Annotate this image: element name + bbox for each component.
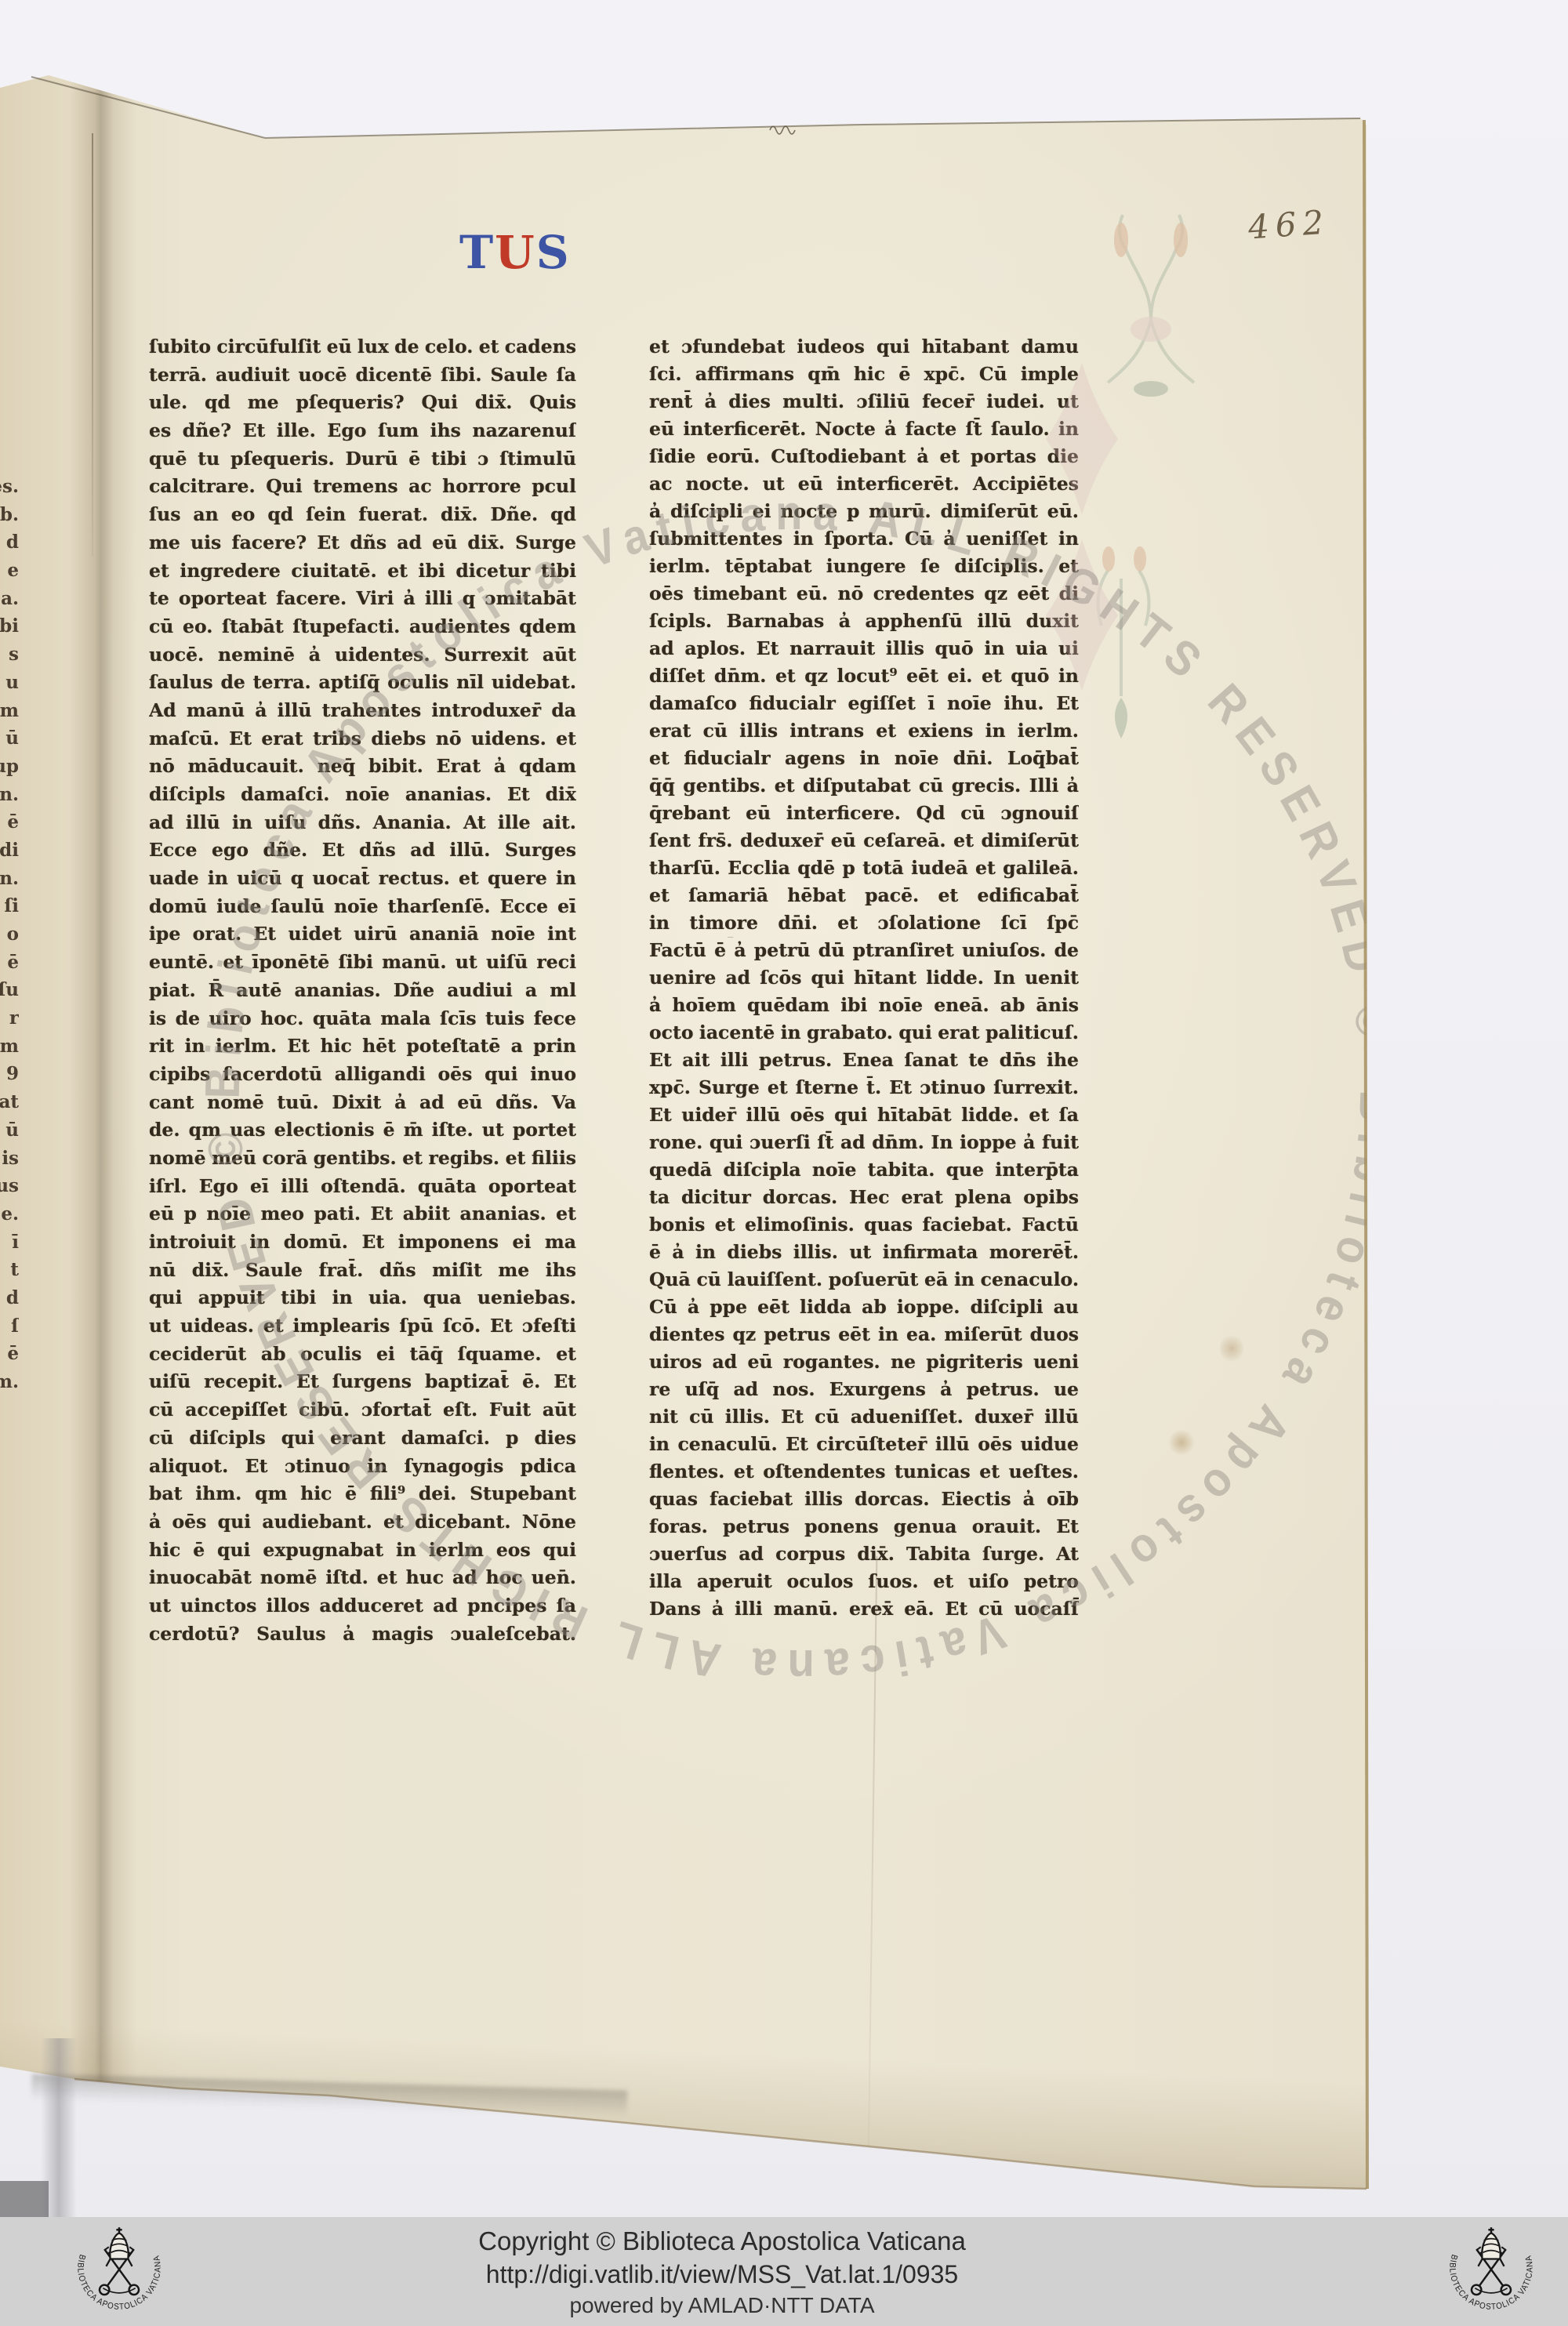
text-column-right: et ɔfundebat iudeos qui hītabant damuſci…	[649, 334, 1079, 1624]
facing-page-fragment: m	[0, 1033, 19, 1061]
footer-copyright: Copyright © Biblioteca Apostolica Vatica…	[0, 2225, 1444, 2258]
manuscript-text-line: diſcipls damaſci. noīe ananias. Et dix̄	[149, 782, 576, 810]
facing-page-fragment: n.	[0, 865, 19, 894]
manuscript-text-line: erat cū illis intrans et exiens in ierlm…	[649, 718, 1079, 746]
book-gutter-shadow	[69, 0, 136, 2326]
scan-photo-background: es.ib.dea.bisumūupn.ēdin.ſioēſurm9atūisu…	[0, 0, 1568, 2326]
manuscript-text-line: quedā diſcipla noīe tabita. que interp̄t…	[649, 1157, 1079, 1185]
manuscript-text-line: inuocabāt nomē iſtd. et huc ad hoc uen̄.	[149, 1565, 576, 1593]
manuscript-text-line: damaſco fiducialr egiſſet ī noīe ihu. Et	[649, 691, 1079, 718]
facing-page-fragment: di	[0, 837, 19, 865]
floral-ornament-showthrough	[1033, 202, 1229, 767]
manuscript-text-line: rent̄ a̓ dies multi. ɔſiliū fecer̄ iudei…	[649, 389, 1079, 416]
manuscript-text-line: q̄q̄ gentibs. et diſputabat cū grecis. I…	[649, 773, 1079, 800]
manuscript-text-line: ſcipls. Barnabas a̓ apphenſū illū duxit	[649, 608, 1079, 636]
facing-page-fragment: a.	[0, 586, 19, 614]
manuscript-text-line: qui appuit tibi in uia. qua ueniebas.	[149, 1285, 576, 1313]
digitized-manuscript-viewer: es.ib.dea.bisumūupn.ēdin.ſioēſurm9atūisu…	[0, 0, 1568, 2326]
manuscript-text-line: a̓ hoīem quēdam ibi noīe eneā. ab ānis	[649, 992, 1079, 1020]
manuscript-text-line: octo iacentē in grabato. qui erat paliti…	[649, 1020, 1079, 1047]
running-title: TUS	[459, 226, 571, 279]
manuscript-text-line: ſidie eorū. Cuſtodiebant a̓ et portas di…	[649, 444, 1079, 471]
facing-page-fragment: ē	[0, 1341, 19, 1369]
manuscript-text-line: me uis facere? Et dñs ad eū dix̄. Surge	[149, 530, 576, 558]
vatican-library-logo	[71, 2223, 168, 2321]
manuscript-text-line: aliquot. Et ɔtinuo in ſynagogis pdica	[149, 1453, 576, 1482]
facing-page-fragment: us	[0, 1173, 19, 1201]
facing-page-fragment: ē	[0, 949, 19, 978]
manuscript-text-line: is de uiro hoc. quāta mala ſcīs tuis fec…	[149, 1006, 576, 1034]
manuscript-text-line: rit in ierlm. Et hic hēt poteſtatē a pri…	[149, 1033, 576, 1061]
manuscript-text-line: de. qm uas electionis ē m̄ iſte. ut port…	[149, 1117, 576, 1145]
manuscript-text-line: Factū ē a̓ petrū dū ptranſiret uniuſos. …	[649, 938, 1079, 965]
manuscript-text-line: cerdotū? Saulus a̓ magis ɔualeſcebat.	[149, 1621, 576, 1649]
manuscript-text-line: illa aperuit oculos ſuos. et uiſo petro …	[649, 1569, 1079, 1596]
manuscript-text-line: cū accepiſſet cibū. ɔfortat̄ eſt. Fuit a…	[149, 1397, 576, 1425]
manuscript-text-line: uiros ad eū rogantes. ne pigriteris ueni	[649, 1349, 1079, 1377]
manuscript-text-line: rone. qui ɔuerſi ſt̄ ad dn̄m. In ioppe a…	[649, 1130, 1079, 1157]
manuscript-text-line: Cū a̓ ppe eēt lidda ab ioppe. diſcipli a…	[649, 1294, 1079, 1322]
manuscript-text-line: ierlm. tēptabat iungere ſe diſciplis. et	[649, 553, 1079, 581]
manuscript-text-line: Ad manū a̓ illū trahentes introduxer̄ da	[149, 698, 576, 726]
manuscript-text-line: nomē meū corā gentibs. et regibs. et fil…	[149, 1145, 576, 1174]
facing-page-fragment: e	[0, 557, 19, 586]
manuscript-text-line: ſus an eo qd ſein fuerat. dix̄. Dñe. qd	[149, 502, 576, 530]
facing-page-line-fragments: es.ib.dea.bisumūupn.ēdin.ſioēſurm9atūisu…	[0, 474, 19, 1397]
manuscript-text-line: bat ihm. qm hic ē fili⁹ dei. Stupebant	[149, 1481, 576, 1509]
running-title-letter-blue: T	[459, 226, 495, 279]
manuscript-text-line: et fiducialr agens in noīe dn̄i. Loq̄bat…	[649, 746, 1079, 773]
manuscript-text-line: foras. petrus ponens genua orauit. Et	[649, 1514, 1079, 1541]
manuscript-text-line: Dans a̓ illi manū. erex̄ eā. Et cū uocaſ…	[649, 1596, 1079, 1624]
manuscript-text-line: ceciderūt ab oculis ei tāq̄ ſquame. et	[149, 1341, 576, 1370]
facing-page-fragment: ib.	[0, 502, 19, 530]
manuscript-page: es.ib.dea.bisumūupn.ēdin.ſioēſurm9atūisu…	[0, 0, 1568, 2326]
top-edge-ink-mark	[768, 119, 803, 135]
manuscript-text-line: diſſet dn̄m. et qz locut⁹ eēt ei. et quō…	[649, 663, 1079, 691]
manuscript-text-line: ad illū in uiſu dñs. Anania. At ille ait…	[149, 810, 576, 838]
manuscript-text-line: xpc̄. Surge et ſterne t̄. Et ɔtinuo ſurr…	[649, 1075, 1079, 1102]
manuscript-text-line: eū interficerēt. Nocte a̓ facte ſt̄ ſaul…	[649, 416, 1079, 444]
facing-page-fragment: bi	[0, 613, 19, 641]
gutter-crease	[92, 133, 93, 557]
manuscript-text-line: nū dix̄. Saule frat̄. dñs miſit me ihs	[149, 1257, 576, 1286]
manuscript-text-line: te oporteat facere. Viri a̓ illi q ɔmita…	[149, 586, 576, 614]
facing-page-fragment: ē	[0, 809, 19, 837]
facing-page-fragment: r	[0, 1005, 19, 1033]
facing-page-fragment: ū	[0, 725, 19, 753]
manuscript-text-line: Et ait illi petrus. Enea ſanat te dn̄s i…	[649, 1047, 1079, 1075]
manuscript-text-line: oēs timebant eū. nō credentes qz eēt di	[649, 581, 1079, 608]
manuscript-text-line: a̓ oēs qui audiebant. et dicebant. Nōne	[149, 1509, 576, 1537]
manuscript-text-line: in cenaculū. Et circūſteter̄ illū oēs ui…	[649, 1432, 1079, 1459]
facing-page-fragment: ſ	[0, 1313, 19, 1341]
text-column-left: ſubito circūfulſit eū lux de celo. et ca…	[149, 334, 576, 1649]
manuscript-text-line: Quā cū lauiſſent. poſuerūt eā in cenacul…	[649, 1267, 1079, 1294]
manuscript-text-line: ta dicitur dorcas. Hec erat plena opibs	[649, 1185, 1079, 1212]
manuscript-text-line: et ingredere ciuitatē. et ibi dicetur ti…	[149, 558, 576, 586]
facing-page-fragment: m.	[0, 1369, 19, 1397]
footer-text-block: Copyright © Biblioteca Apostolica Vatica…	[0, 2225, 1444, 2321]
facing-page-fragment: m	[0, 698, 19, 726]
facing-page-fragment: d	[0, 1285, 19, 1313]
manuscript-text-line: piat. R̄ autē ananias. Dñe audiui a ml	[149, 978, 576, 1006]
manuscript-text-line: q̄rebant eū interficere. Qd cū ɔgnouiſ	[649, 800, 1079, 828]
manuscript-text-line: introiuit in domū. Et imponens ei ma	[149, 1229, 576, 1257]
facing-page-fragment: s	[0, 641, 19, 669]
manuscript-text-line: ɔuerſus ad corpus dix̄. Tabita ſurge. At	[649, 1541, 1079, 1569]
parchment-stain	[1167, 1430, 1196, 1455]
manuscript-text-line: quas faciebat illis dorcas. Eiectis a̓ o…	[649, 1486, 1079, 1514]
manuscript-text-line: ule. qd me pſequeris? Qui dix̄. Quis	[149, 390, 576, 418]
manuscript-text-line: hic ē qui expugnabat in ierlm eos qui	[149, 1537, 576, 1566]
manuscript-text-line: cipibs ſacerdotū alligandi oēs qui inuo	[149, 1061, 576, 1090]
facing-page-fragment: at	[0, 1089, 19, 1117]
manuscript-text-line: iſrl. Ego eī illi oſtendā. quāta oportea…	[149, 1174, 576, 1202]
manuscript-text-line: euntē. et īponētē ſibi manū. ut uiſū rec…	[149, 949, 576, 978]
manuscript-text-line: quē tu pſequeris. Durū ē tibi ɔ ſtimulū	[149, 446, 576, 474]
manuscript-text-line: in timore dn̄i. et ɔſolatione ſcī ſpc̄ r…	[649, 910, 1079, 938]
manuscript-text-line: uocē. neminē a̓ uidentes. Surrexit aūt	[149, 642, 576, 670]
manuscript-text-line: ſubito circūfulſit eū lux de celo. et ca…	[149, 334, 576, 362]
manuscript-text-line: ipe orat. Et uidet uirū ananiā noīe int	[149, 921, 576, 949]
facing-page-fragment: u	[0, 669, 19, 698]
manuscript-text-line: terrā. audiuit uocē dicentē ſibi. Saule …	[149, 362, 576, 390]
facing-page-fragment: e.	[0, 1201, 19, 1229]
manuscript-text-line: bonis et elimoſinis. quas faciebat. Fact…	[649, 1212, 1079, 1239]
facing-page-fragment: ī	[0, 1229, 19, 1257]
manuscript-text-line: Ecce ego dñe. Et dñs ad illū. Surges	[149, 837, 576, 865]
manuscript-text-line: cū eo. ſtabāt ſtupefacti. audientes qdem	[149, 614, 576, 642]
facing-page-fragment: n.	[0, 782, 19, 810]
running-title-letter-red: U	[495, 226, 536, 279]
manuscript-text-line: ut uideas. et implearis ſpū ſcō. Et ɔfeſ…	[149, 1313, 576, 1341]
parchment-stain	[1220, 1333, 1243, 1364]
facing-page-fragment: o	[0, 921, 19, 949]
manuscript-text-line: ſent frs̄. deduxer̄ eū ceſareā. et dimiſ…	[649, 828, 1079, 855]
folio-number: 462	[1247, 202, 1330, 246]
facing-page-fragment: ū	[0, 1117, 19, 1145]
manuscript-text-line: et ſamariā hēbat pacē. et edificabat̄ āb…	[649, 883, 1079, 910]
manuscript-text-line: cant nomē tuū. Dixit a̓ ad eū dñs. Va	[149, 1090, 576, 1118]
manuscript-text-line: Et uider̄ illū oēs qui hītabāt lidde. et…	[649, 1102, 1079, 1130]
manuscript-text-line: et ɔfundebat iudeos qui hītabant damu	[649, 334, 1079, 361]
manuscript-text-line: domū iude ſaulū noīe tharſenſē. Ecce eī	[149, 894, 576, 922]
manuscript-text-line: ſubmittentes in ſporta. Cū a̓ ueniſſet i…	[649, 526, 1079, 553]
facing-page-fragment: es.	[0, 474, 19, 502]
running-title-letter-blue: S	[536, 226, 571, 279]
footer-url: http://digi.vatlib.it/view/MSS_Vat.lat.1…	[0, 2258, 1444, 2291]
facing-page-fragment: ſi	[0, 893, 19, 921]
manuscript-text-line: nō māducauit. neq̄ bibit. Erat a̓ qdam	[149, 753, 576, 782]
page-bottom-edge-tint	[0, 2018, 1568, 2242]
manuscript-text-line: nit cū illis. Et cū adueniſſet. duxer̄ i…	[649, 1404, 1079, 1432]
facing-page-fragment: 9	[0, 1061, 19, 1089]
facing-page-fragment: ſu	[0, 977, 19, 1005]
facing-page-fragment: is	[0, 1145, 19, 1174]
manuscript-text-line: tharſū. Ecclia qdē p totā iudeā et galil…	[649, 855, 1079, 883]
manuscript-text-line: maſcū. Et erat tribs diebs nō uidens. et	[149, 726, 576, 754]
vatican-library-logo	[1443, 2223, 1540, 2321]
manuscript-text-line: es dñe? Et ille. Ego ſum ihs nazarenuſ	[149, 418, 576, 446]
manuscript-text-line: flentes. et oſtendentes tunicas et ueſte…	[649, 1459, 1079, 1486]
manuscript-text-line: a̓ diſcipli ei nocte p murū. dimiſerūt e…	[649, 499, 1079, 526]
manuscript-text-line: ad aplos. Et narrauit illis quō in uia u…	[649, 636, 1079, 663]
manuscript-text-line: ē a̓ in diebs illis. ut infirmata morerē…	[649, 1239, 1079, 1267]
facing-page-fragment: d	[0, 529, 19, 557]
footer-bar: Copyright © Biblioteca Apostolica Vatica…	[0, 2217, 1568, 2326]
manuscript-text-line: ſci. affirmans qm̄ hic ē xpc̄. Cū imple	[649, 361, 1079, 389]
manuscript-text-line: uiſū recepit. Et ſurgens baptizat̄ ē. Et	[149, 1369, 576, 1397]
facing-page-fragment: t	[0, 1257, 19, 1285]
manuscript-text-line: ut uinctos illos adduceret ad pncipes ſa	[149, 1593, 576, 1621]
manuscript-text-line: re uſq̄ ad nos. Exurgens a̓ petrus. ue	[649, 1377, 1079, 1404]
manuscript-text-line: uade in uicū q uocat̄ rectus. et quere i…	[149, 865, 576, 894]
manuscript-text-line: ſaulus de terra. aptiſq̄ oculis nīl uide…	[149, 669, 576, 698]
manuscript-text-line: ac nocte. ut eū interficerēt. Accipiētes	[649, 471, 1079, 499]
manuscript-text-line: dientes qz petrus eēt in ea. miſerūt duo…	[649, 1322, 1079, 1349]
footer-powered-by: powered by AMLAD·NTT DATA	[0, 2291, 1444, 2321]
manuscript-text-line: cū diſcipls qui erant damaſci. p dies	[149, 1425, 576, 1453]
facing-page-fragment: up	[0, 753, 19, 782]
manuscript-text-line: eū p noīe meo pati. Et abiit ananias. et	[149, 1201, 576, 1229]
bottom-left-shadow	[0, 2181, 49, 2220]
manuscript-text-line: calcitrare. Qui tremens ac horrore pcul	[149, 474, 576, 502]
manuscript-text-line: uenire ad ſcōs qui hītant lidde. In ueni…	[649, 965, 1079, 992]
